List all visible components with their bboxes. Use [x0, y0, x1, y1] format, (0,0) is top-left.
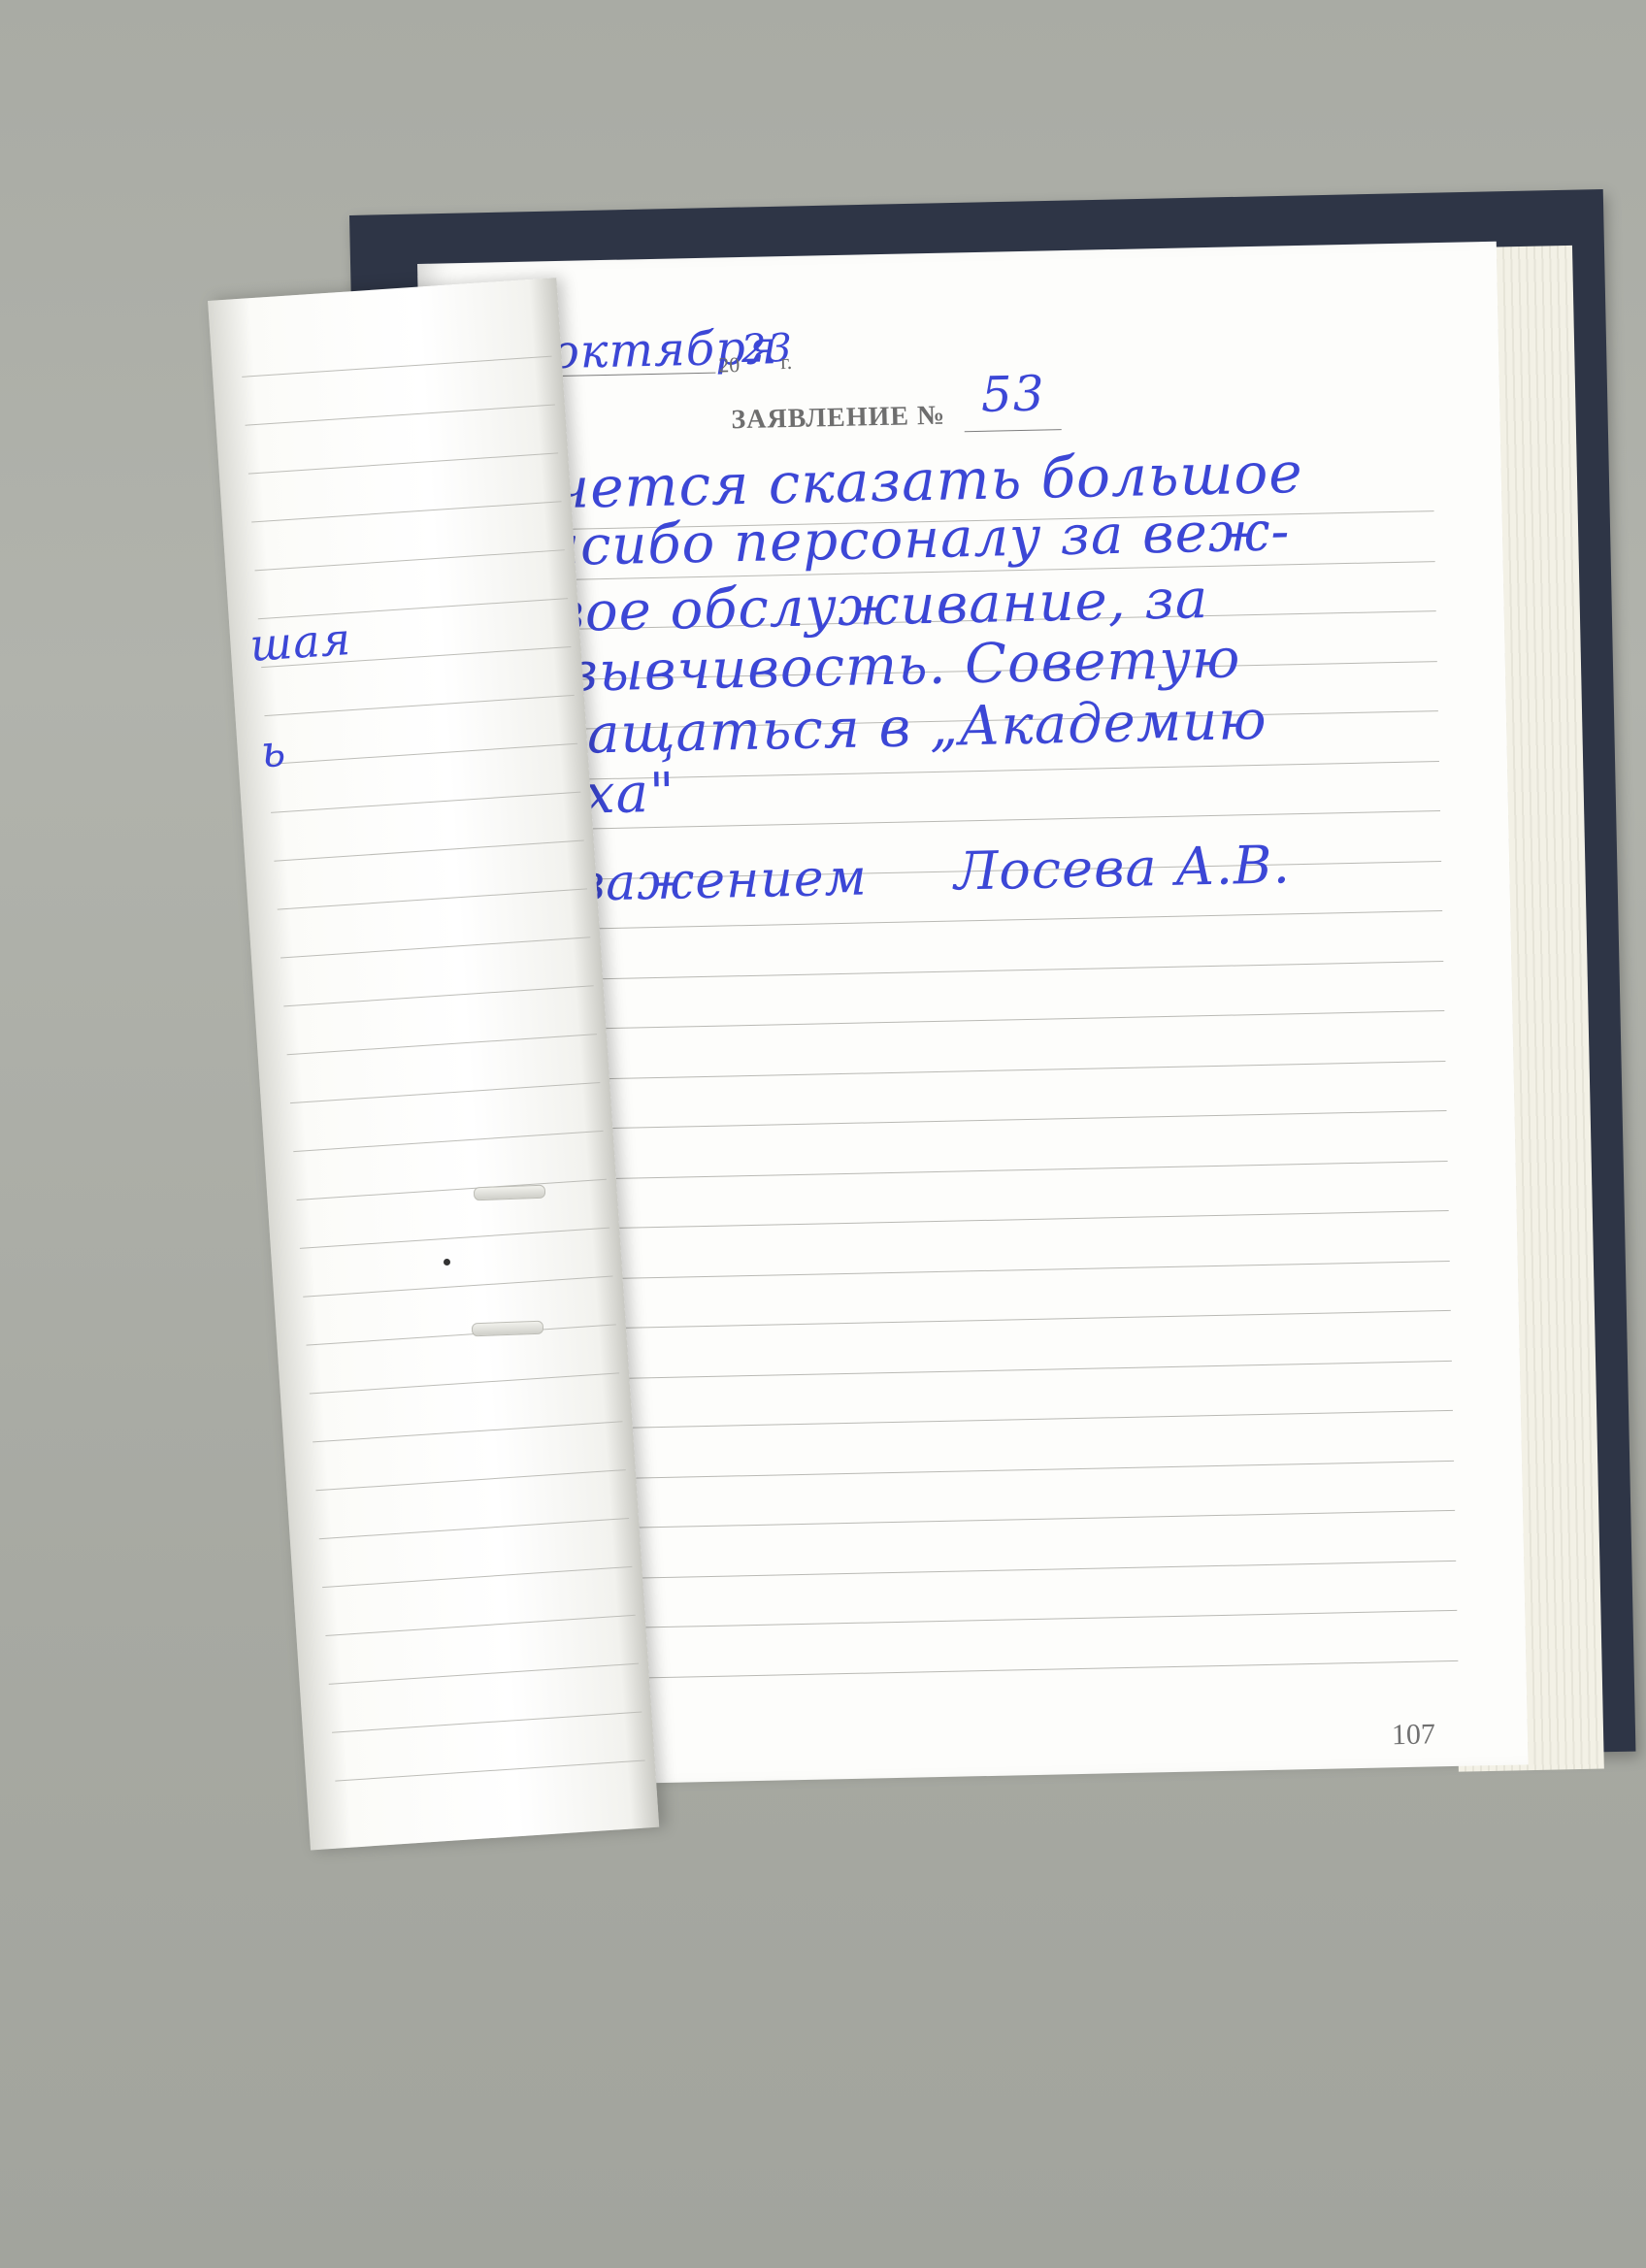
left-ruled-line [246, 405, 555, 426]
left-ruled-line [297, 1179, 607, 1200]
left-ruled-line [313, 1421, 622, 1442]
left-ruled-line [300, 1228, 609, 1249]
date-year-abbrev: г. [780, 349, 793, 375]
number-underline [965, 429, 1062, 432]
left-ruled-line [268, 743, 577, 765]
signature-name: Лосева А.В. [954, 834, 1292, 902]
left-ruled-line [332, 1712, 642, 1733]
ruled-line [470, 910, 1442, 932]
left-ruled-line [274, 840, 583, 862]
left-ruled-line [283, 985, 593, 1006]
left-ruled-line [322, 1566, 632, 1588]
ruled-line [471, 961, 1443, 982]
left-ruled-line [264, 695, 574, 716]
left-ruled-line [335, 1759, 644, 1781]
ruled-line [476, 1160, 1448, 1181]
left-ruled-line [307, 1324, 616, 1345]
left-page-fragment-2: ь [259, 724, 288, 778]
left-ruled-line [290, 1082, 600, 1103]
binding-ring-top [474, 1185, 545, 1201]
left-ruled-line [319, 1518, 629, 1539]
ruled-line [477, 1210, 1449, 1232]
page-title: ЗАЯВЛЕНИЕ № [731, 401, 945, 437]
left-ruled-line [271, 792, 580, 813]
left-ruled-line [280, 937, 590, 958]
left-ruled-line [248, 452, 558, 474]
left-ruled-line [254, 549, 564, 571]
left-ruled-line [310, 1372, 619, 1394]
left-ruled-line [287, 1034, 597, 1055]
ruled-line [477, 1260, 1450, 1281]
left-ruled-line [325, 1615, 635, 1636]
statement-number: 53 [980, 365, 1045, 422]
left-ruled-line [242, 356, 551, 378]
left-ruled-line [278, 888, 587, 909]
left-ruled-line [303, 1276, 612, 1298]
left-ruled-line [315, 1469, 625, 1491]
left-page-fragment-1: шая [248, 612, 353, 672]
left-ruled-line [251, 501, 561, 522]
ruled-line [475, 1110, 1447, 1132]
date-year-prefix: 20 [718, 352, 741, 378]
ruled-line [474, 1060, 1446, 1081]
left-ruled-line [293, 1131, 603, 1152]
punch-hole [444, 1259, 450, 1265]
page-number: 107 [1392, 1718, 1436, 1752]
ruled-line [473, 1010, 1445, 1032]
left-ruled-line [329, 1663, 639, 1685]
binding-ring-bottom [472, 1321, 543, 1337]
